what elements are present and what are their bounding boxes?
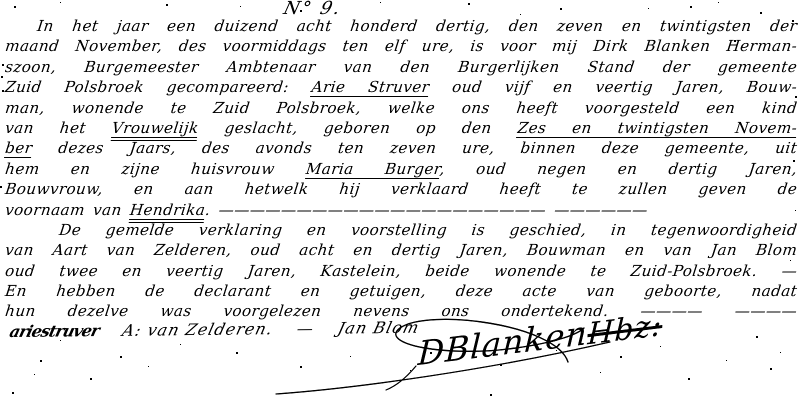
text-segment: Bouwvrouw, en aan hetwelk hij verklaard …: [4, 180, 798, 198]
text-segment: van het: [4, 119, 113, 137]
underlined-name: Maria Burger: [305, 160, 441, 179]
text-line: van Aart van Zelderen, oud acht en derti…: [4, 240, 799, 260]
scanned-document-page: N° 9. In het jaar een duizend acht honde…: [0, 0, 800, 400]
text-line: szoon, Burgemeester Ambtenaar van den Bu…: [4, 57, 799, 77]
text-line: In het jaar een duizend acht honderd der…: [4, 16, 799, 36]
text-line: man, wonende te Zuid Polsbroek, welke on…: [4, 98, 799, 118]
text-segment: szoon, Burgemeester Ambtenaar van den Bu…: [4, 58, 798, 76]
text-segment: oud vijf en veertig Jaren, Bouw-: [428, 78, 798, 96]
text-segment: geslacht, geboren op den: [198, 119, 519, 137]
text-segment: ————————————————————— ——————: [218, 201, 649, 219]
text-line: hem en zijne huisvrouw Maria Burger, oud…: [4, 159, 799, 179]
witness-signature: A: van Zelderen.: [120, 319, 275, 340]
witness-signature: ariestruver: [8, 321, 101, 341]
text-segment: Zuid Polsbroek gecompareerd:: [4, 78, 313, 96]
text-segment: van Aart van Zelderen, oud acht en derti…: [4, 241, 798, 259]
text-line: oud twee en veertig Jaren, Kastelein, be…: [4, 261, 799, 281]
text-segment: oud twee en veertig Jaren, Kastelein, be…: [4, 262, 798, 280]
text-segment: In het jaar een duizend acht honderd der…: [36, 17, 798, 35]
text-line: maand November, des voormiddags ten elf …: [4, 36, 799, 56]
text-line: Bouwvrouw, en aan hetwelk hij verklaard …: [4, 179, 799, 199]
text-segment: hem en zijne huisvrouw: [4, 160, 307, 178]
text-segment: voornaam van: [4, 201, 131, 219]
text-segment: En hebben de declarant en getuigen, deze…: [4, 282, 798, 300]
text-line: ber dezes Jaars, des avonds ten zeven ur…: [4, 138, 799, 158]
text-line: En hebben de declarant en getuigen, deze…: [4, 281, 799, 301]
text-line: Zuid Polsbroek gecompareerd: Arie Struve…: [4, 77, 799, 97]
text-line: van het Vrouwelijk geslacht, geboren op …: [4, 118, 799, 138]
underlined-name: ber: [4, 139, 34, 158]
underlined-name: Arie Struver: [311, 78, 431, 97]
text-segment: man, wonende te Zuid Polsbroek, welke on…: [4, 99, 798, 117]
text-line: De gemelde verklaring en voorstelling is…: [4, 220, 799, 240]
text-segment: De gemelde verklaring en voorstelling is…: [58, 221, 798, 239]
scan-noise-fine: [0, 0, 1, 1]
text-segment: , oud negen en dertig Jaren,: [439, 160, 799, 178]
text-segment: maand November, des voormiddags ten elf …: [4, 37, 798, 55]
text-segment: dezes Jaars, des avonds ten zeven ure, b…: [31, 139, 798, 157]
text-line: voornaam van Hendrika. —————————————————…: [4, 200, 799, 220]
document-text: In het jaar een duizend acht honderd der…: [4, 16, 796, 322]
underlined-name: Zes en twintigsten Novem-: [517, 119, 799, 138]
